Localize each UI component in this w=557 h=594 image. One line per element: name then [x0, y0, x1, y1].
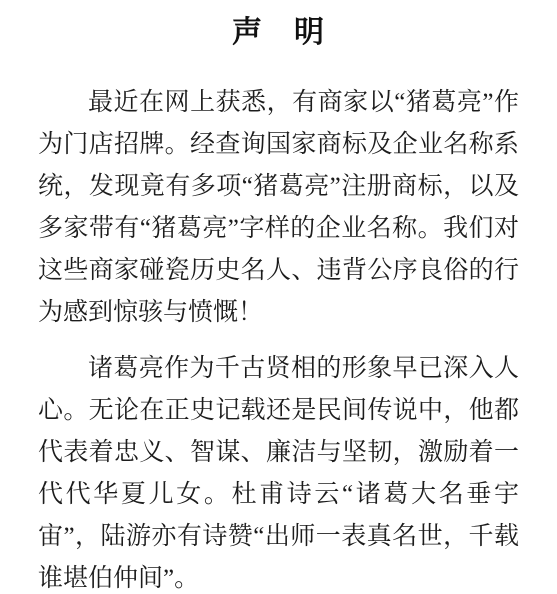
statement-paragraph-2: 诸葛亮作为千古贤相的形象早已深入人心。无论在正史记载还是民间传说中，他都代表着忠… [38, 348, 519, 594]
statement-paragraph-1: 最近在网上获悉，有商家以“猪葛亮”作为门店招牌。经查询国家商标及企业名称系统，发… [38, 82, 519, 334]
statement-document: 声 明 最近在网上获悉，有商家以“猪葛亮”作为门店招牌。经查询国家商标及企业名称… [0, 0, 557, 594]
document-title: 声 明 [38, 14, 519, 52]
